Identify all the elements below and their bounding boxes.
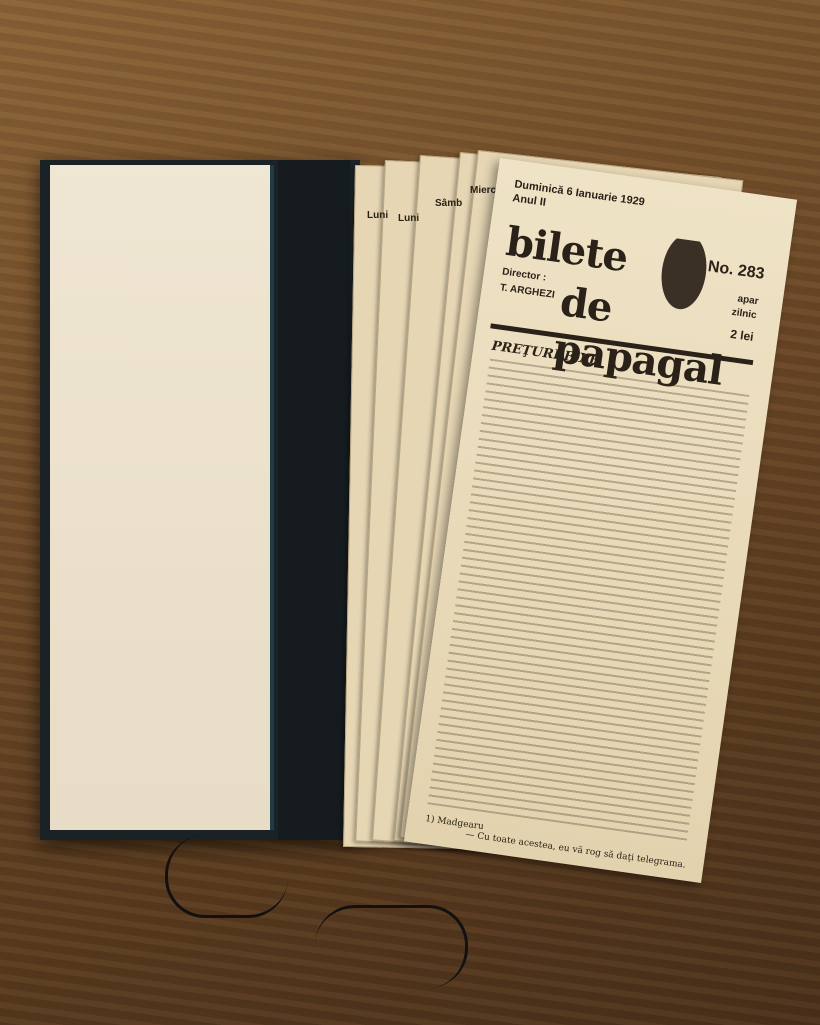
issue-year: Anul II	[512, 192, 547, 209]
director: Director : T. ARGHEZI	[499, 264, 558, 303]
footnote: 1) Madgearu	[425, 814, 485, 832]
article-body-text	[427, 359, 749, 841]
issue-date-fragment: Mierc	[470, 185, 496, 196]
issue-number: No. 283	[707, 258, 766, 284]
binder-string-2	[315, 905, 468, 988]
issue-date-fragment: Luni	[398, 213, 419, 224]
binder-spine	[278, 160, 350, 840]
binder-string	[165, 835, 288, 918]
parrot-icon	[650, 236, 717, 323]
issue-date-fragment: Luni	[367, 210, 388, 221]
issue-date-fragment: Sâmb	[435, 198, 462, 209]
frequency: apar zilnic	[731, 292, 760, 323]
binder-inner-cover	[50, 165, 274, 830]
